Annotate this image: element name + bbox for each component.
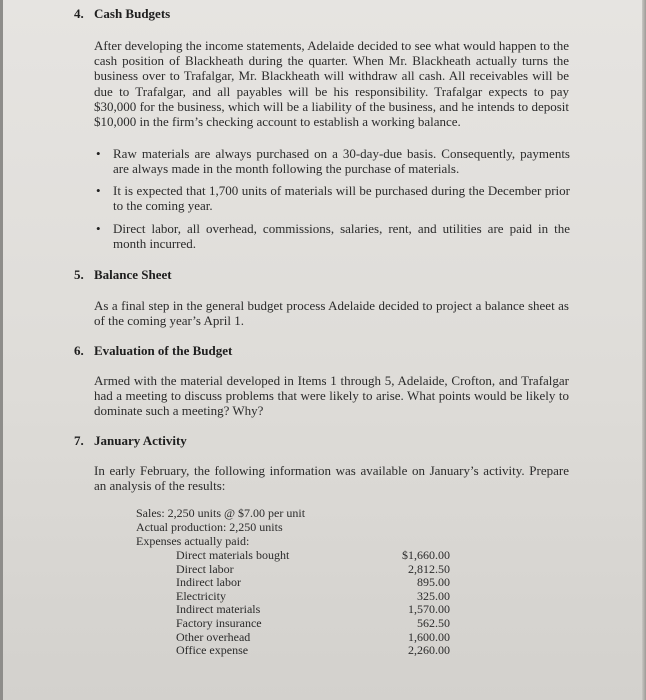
expense-row: Other overhead1,600.00 — [176, 630, 450, 644]
expense-row: Indirect materials1,570.00 — [176, 602, 450, 616]
sales-line: Sales: 2,250 units @ $7.00 per unit — [136, 507, 305, 521]
expense-row: Office expense2,260.00 — [176, 643, 450, 657]
section-heading-january-activity: 7.January Activity — [74, 433, 187, 449]
balance-sheet-paragraph: As a final step in the general budget pr… — [94, 298, 569, 328]
bullet-icon: • — [96, 221, 101, 237]
section-number: 5. — [74, 267, 94, 283]
expense-row: Indirect labor895.00 — [176, 575, 450, 589]
section-title: Cash Budgets — [94, 6, 170, 21]
section-number: 7. — [74, 433, 94, 449]
document-page: 4.Cash Budgets After developing the inco… — [0, 0, 646, 700]
section-title: January Activity — [94, 433, 187, 448]
expense-label: Office expense — [176, 643, 248, 658]
expense-amount: 2,260.00 — [408, 643, 450, 658]
bullet-icon: • — [96, 183, 101, 199]
bullet-icon: • — [96, 146, 101, 162]
section-heading-cash-budgets: 4.Cash Budgets — [74, 6, 170, 22]
production-line: Actual production: 2,250 units — [136, 521, 283, 535]
expense-row: Electricity325.00 — [176, 589, 450, 603]
section-number: 4. — [74, 6, 94, 22]
section-number: 6. — [74, 343, 94, 359]
expenses-label: Expenses actually paid: — [136, 535, 249, 549]
section-heading-balance-sheet: 5.Balance Sheet — [74, 267, 172, 283]
january-activity-paragraph: In early February, the following informa… — [94, 463, 569, 493]
bullet-raw-materials: Raw materials are always purchased on a … — [113, 146, 570, 176]
expense-row: Factory insurance562.50 — [176, 616, 450, 630]
section-title: Evaluation of the Budget — [94, 343, 232, 358]
evaluation-paragraph: Armed with the material developed in Ite… — [94, 373, 569, 419]
expense-row: Direct labor2,812.50 — [176, 562, 450, 576]
expense-row: Direct materials bought$1,660.00 — [176, 548, 450, 562]
section-title: Balance Sheet — [94, 267, 172, 282]
section-heading-evaluation: 6.Evaluation of the Budget — [74, 343, 232, 359]
bullet-direct-labor: Direct labor, all overhead, commissions,… — [113, 221, 570, 251]
cash-budgets-paragraph: After developing the income statements, … — [94, 38, 569, 129]
bullet-materials-purchase: It is expected that 1,700 units of mater… — [113, 183, 570, 213]
